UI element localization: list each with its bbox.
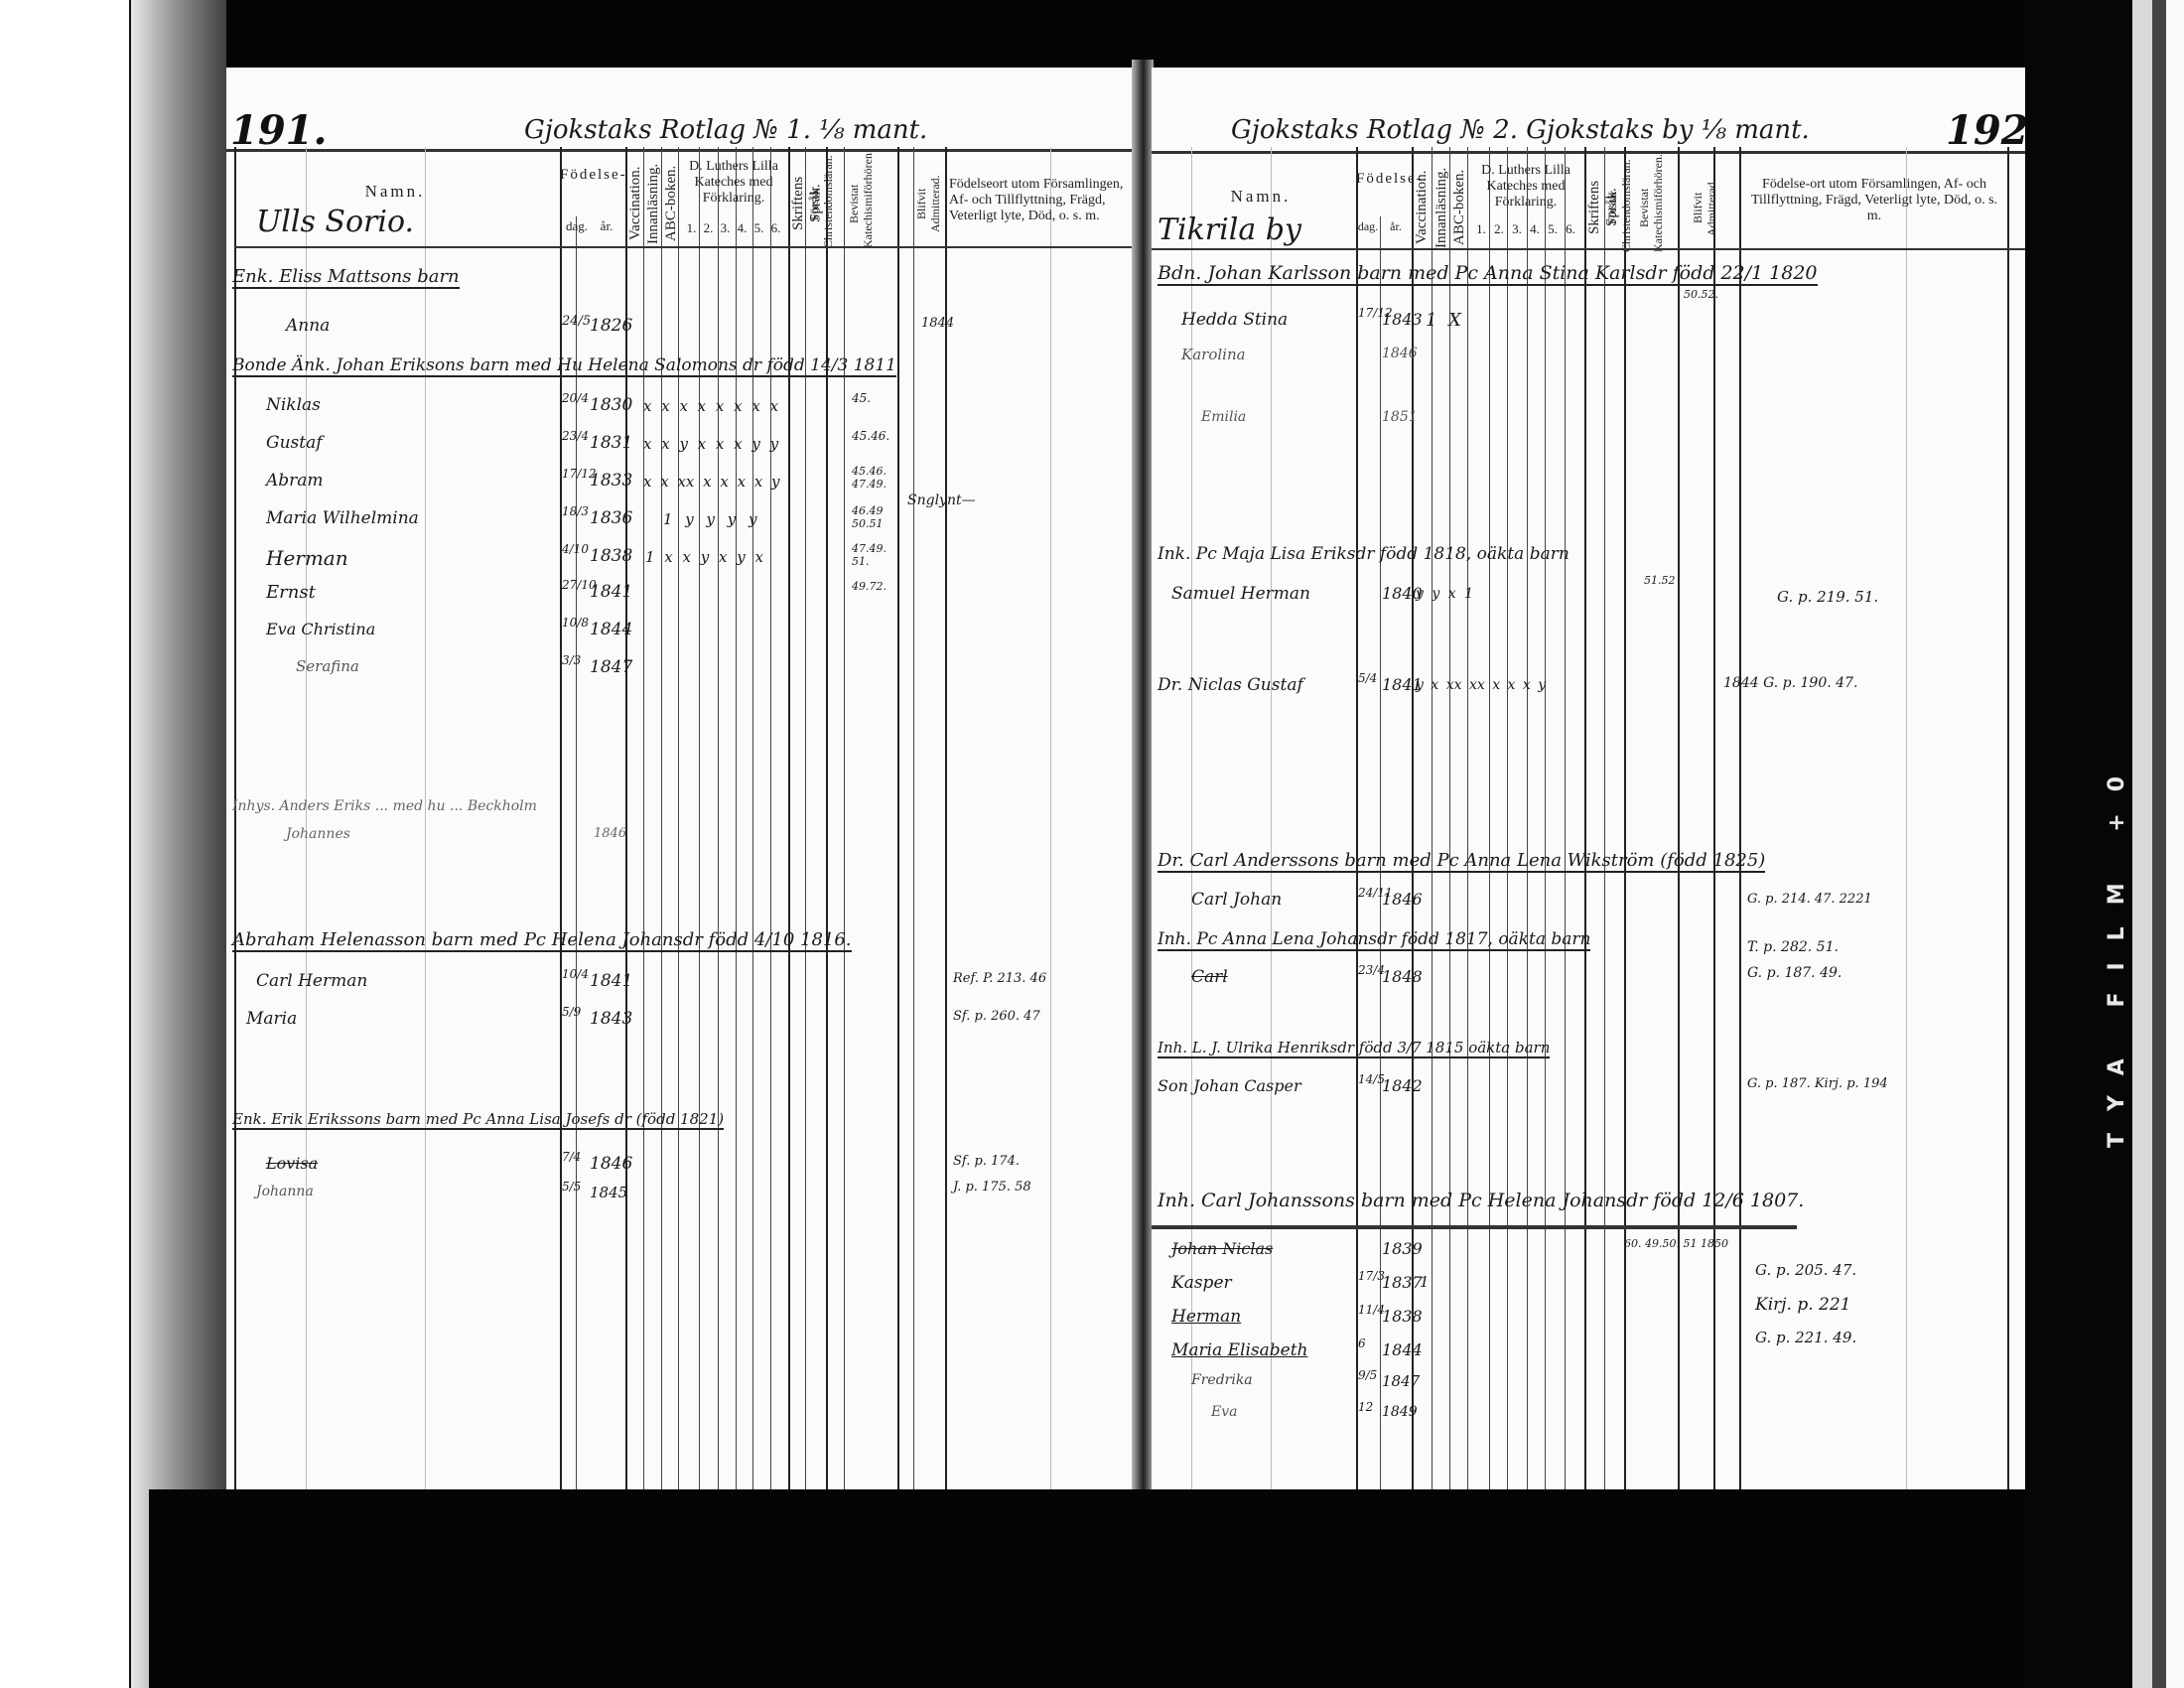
col-header-forstar: Förstår Christendomsläran.	[808, 159, 836, 248]
col-header-abc: ABC-boken.	[1451, 163, 1468, 252]
header-bottom-rule	[234, 246, 1140, 248]
col-header-katekes: D. Luthers Lilla Kateches med Förklaring…	[679, 159, 788, 207]
book-gutter	[1132, 60, 1154, 1489]
entry-name: Emilia	[1201, 409, 1246, 425]
entry-name: Karolina	[1181, 346, 1246, 363]
margin-note: Snglynt—	[907, 492, 976, 508]
col-header-abc: ABC-boken.	[663, 159, 680, 248]
page-number: 191.	[230, 107, 327, 154]
col-header-admitterad: Blifvit Admitterad.	[915, 159, 943, 248]
col-header-admitterad: Blifvit Admitterad.	[1692, 163, 1719, 252]
running-head: Gjokstaks Rotlag № 2. Gjokstaks by ⅛ man…	[1231, 115, 1810, 145]
village-name: Ulls Sorio.	[256, 205, 414, 239]
entry-name: Lovisa	[266, 1154, 318, 1173]
household-head: Dr. Carl Anderssons barn med Pc Anna Len…	[1158, 850, 1765, 873]
entry-name: Anna	[286, 316, 330, 336]
entry-name: Carl	[1191, 967, 1228, 987]
entry-name: Gustaf	[266, 433, 323, 453]
film-sprocket-strip	[2132, 0, 2154, 1688]
entry-name: Johanna	[256, 1184, 314, 1199]
film-edge-label: TYA FILM +0	[2105, 755, 2128, 1148]
col-header-remarks: Födelseort utom Församlingen, Af- och Ti…	[949, 177, 1138, 224]
col-header-vaccination: Vaccination.	[1414, 163, 1431, 252]
entry-name: Abram	[266, 471, 324, 491]
header-top-rule	[226, 149, 1140, 152]
col-header-fodelse: Födelse-	[560, 167, 625, 184]
household-head: Bdn. Johan Karlsson barn med Pc Anna Sti…	[1158, 262, 1818, 286]
film-edge-band	[2152, 0, 2166, 1688]
entry-name: Maria	[246, 1009, 297, 1029]
col-header-katekes: D. Luthers Lilla Kateches med Förklaring…	[1467, 163, 1584, 211]
entry-name: Johan Niclas	[1171, 1239, 1273, 1258]
entry-name: Kasper	[1171, 1273, 1232, 1293]
header-bottom-rule	[1152, 248, 2025, 250]
col-header-ar: år.	[1382, 220, 1410, 234]
household-head: Inh. Pc Anna Lena Johansdr född 1817, oä…	[1158, 929, 1590, 951]
entry-name: Herman	[266, 546, 348, 570]
film-margin-right	[2166, 0, 2184, 1688]
col-header-katekes-1-6: 1. 2. 3. 4. 5. 6.	[679, 221, 788, 236]
household-head: Abraham Helenasson barn med Pc Helena Jo…	[232, 929, 852, 952]
col-header-innanlasning: Innanläsning.	[1433, 163, 1450, 252]
entry-name: Ernst	[266, 582, 316, 603]
entry-name: Carl Herman	[256, 971, 367, 991]
entry-name: Eva	[1211, 1404, 1237, 1420]
col-header-innanlasning: Innanläsning.	[645, 159, 662, 248]
household-head: Ink. Pc Maja Lisa Eriksdr född 1818, oäk…	[1158, 544, 1570, 564]
register-page-left: 191. Gjokstaks Rotlag № 1. ⅛ mant. Namn.…	[226, 68, 1140, 1489]
entry-name: Maria Wilhelmina	[266, 508, 419, 528]
col-header-ar: år.	[592, 219, 621, 234]
entry-name: Hedda Stina	[1181, 310, 1288, 330]
entry-name: Maria Elisabeth	[1171, 1340, 1308, 1360]
film-margin-left	[0, 0, 129, 1688]
col-header-namn: Namn.	[1191, 187, 1330, 207]
col-header-bevistat: Bevistat Katechismiförhören.	[1638, 163, 1666, 252]
register-page-right: Gjokstaks Rotlag № 2. Gjokstaks by ⅛ man…	[1152, 68, 2025, 1489]
col-header-dag: dag.	[1356, 220, 1380, 234]
household-head: Enk. Eliss Mattsons barn	[232, 266, 460, 289]
running-head: Gjokstaks Rotlag № 1. ⅛ mant.	[524, 115, 927, 145]
entry-name: Serafina	[296, 657, 359, 675]
col-header-namn: Namn.	[306, 182, 484, 202]
entry-name: Niklas	[266, 395, 321, 415]
entry-name: Carl Johan	[1191, 890, 1282, 910]
col-header-remarks: Födelse-ort utom Församlingen, Af- och T…	[1743, 177, 2005, 224]
col-header-fodelse: Födelse-	[1356, 171, 1412, 188]
film-border-bottom	[149, 1489, 2085, 1688]
entry-name: Fredrika	[1191, 1372, 1253, 1388]
col-header-forstar: Förstår Christendomsläran.	[1606, 163, 1634, 252]
entry-name: Samuel Herman	[1171, 584, 1310, 604]
household-head: Enk. Erik Erikssons barn med Pc Anna Lis…	[232, 1110, 724, 1130]
page-number: 192.	[1946, 107, 2025, 154]
entry-name: Son Johan Casper	[1158, 1076, 1301, 1095]
col-header-dag: dag.	[562, 219, 592, 234]
household-rule	[1152, 1225, 1797, 1229]
col-header-katekes-1-6: 1. 2. 3. 4. 5. 6.	[1467, 222, 1584, 237]
household-head: Bonde Änk. Johan Eriksons barn med Hu He…	[232, 355, 896, 377]
col-header-bevistat: Bevistat Katechismiförhören.	[848, 159, 876, 248]
entry-name: Herman	[1171, 1307, 1241, 1327]
entry-name: Eva Christina	[266, 620, 375, 638]
book-edge-left	[129, 0, 230, 1688]
entry-name: Johannes	[286, 826, 350, 842]
household-head: Inh. Carl Johanssons barn med Pc Helena …	[1158, 1190, 1804, 1211]
household-head: Inhys. Anders Eriks ... med hu ... Beckh…	[232, 798, 537, 814]
header-top-rule	[1152, 151, 2025, 154]
col-header-vaccination: Vaccination.	[627, 159, 644, 248]
household-head: Inh. L. J. Ulrika Henriksdr född 3/7 181…	[1158, 1039, 1550, 1058]
village-name: Tikrila by	[1158, 212, 1301, 247]
entry-name: Dr. Niclas Gustaf	[1158, 675, 1303, 695]
